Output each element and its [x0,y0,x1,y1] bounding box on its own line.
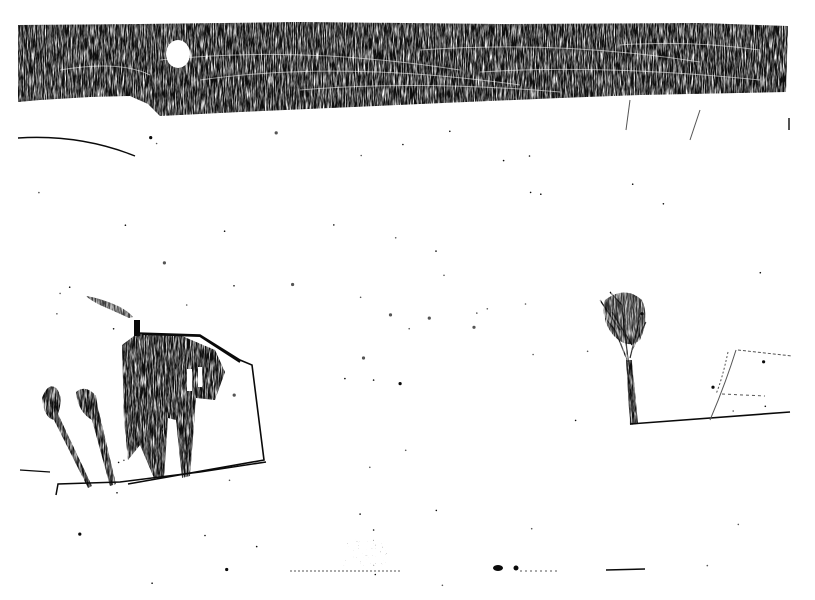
landscape-etching [0,0,815,600]
house-window-2 [198,367,202,387]
house-window [187,369,192,391]
moon [166,40,190,68]
